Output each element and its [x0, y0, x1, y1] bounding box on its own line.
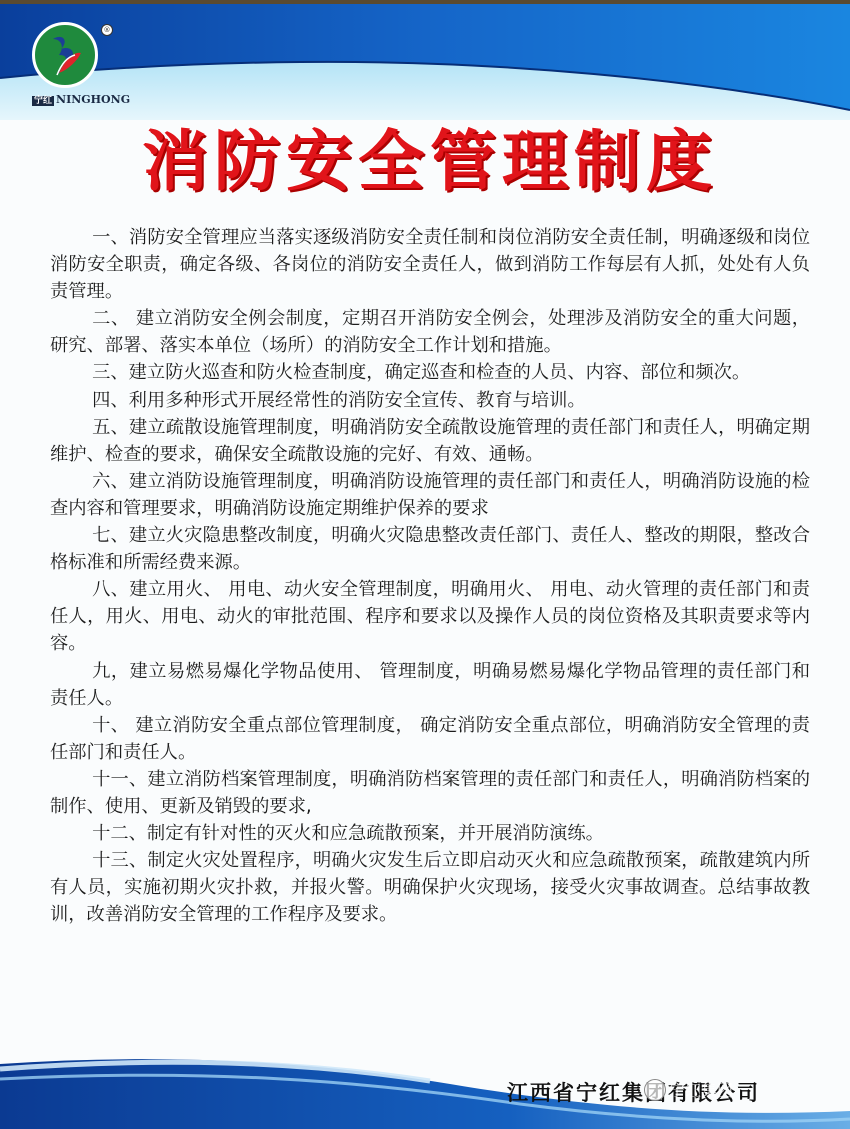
- clause-6: 六、建立消防设施管理制度，明确消防设施管理的责任部门和责任人，明确消防设施的检查…: [50, 468, 810, 522]
- clause-2: 二、 建立消防安全例会制度，定期召开消防安全例会，处理涉及消防安全的重大问题，研…: [50, 305, 810, 359]
- clause-10: 十、 建立消防安全重点部位管理制度， 确定消防安全重点部位，明确消防安全管理的责…: [50, 712, 810, 766]
- brand-text: NINGHONG: [56, 93, 130, 106]
- wechat-icon: [644, 1079, 666, 1101]
- clause-12: 十二、制定有针对性的灭火和应急疏散预案，并开展消防演练。: [50, 820, 810, 847]
- brand-name: 宁红NINGHONG: [32, 93, 130, 106]
- logo-swoosh-icon: [35, 25, 95, 85]
- clause-13: 十三、制定火灾处置程序，明确火灾发生后立即启动灭火和应急疏散预案，疏散建筑内所有…: [50, 847, 810, 928]
- company-logo: [32, 22, 98, 88]
- clause-list: 一、消防安全管理应当落实逐级消防安全责任制和岗位消防安全责任制，明确逐级和岗位消…: [50, 224, 810, 928]
- clause-1: 一、消防安全管理应当落实逐级消防安全责任制和岗位消防安全责任制，明确逐级和岗位消…: [50, 224, 810, 305]
- clause-4: 四、利用多种形式开展经常性的消防安全宣传、教育与培训。: [50, 387, 810, 414]
- registered-mark: ®: [101, 24, 113, 36]
- watermark-text: 宁红集团: [669, 1078, 733, 1101]
- brand-mark: 宁红: [32, 96, 54, 106]
- clause-3: 三、建立防火巡查和防火检查制度，确定巡查和检查的人员、内容、部位和频次。: [50, 359, 810, 386]
- clause-9: 九，建立易燃易爆化学物品使用、 管理制度，明确易燃易爆化学物品管理的责任部门和责…: [50, 658, 810, 712]
- footer-blue-wave: [0, 999, 850, 1129]
- clause-8: 八、建立用火、 用电、动火安全管理制度，明确用火、 用电、动火管理的责任部门和责…: [50, 576, 810, 657]
- wechat-watermark: 宁红集团: [644, 1078, 733, 1101]
- page-title: 消防安全管理制度: [100, 108, 760, 203]
- clause-11: 十一、建立消防档案管理制度，明确消防档案管理的责任部门和责任人，明确消防档案的制…: [50, 766, 810, 820]
- clause-7: 七、建立火灾隐患整改制度，明确火灾隐患整改责任部门、责任人、整改的期限，整改合格…: [50, 522, 810, 576]
- clause-5: 五、建立疏散设施管理制度，明确消防安全疏散设施管理的责任部门和责任人，明确定期维…: [50, 414, 810, 468]
